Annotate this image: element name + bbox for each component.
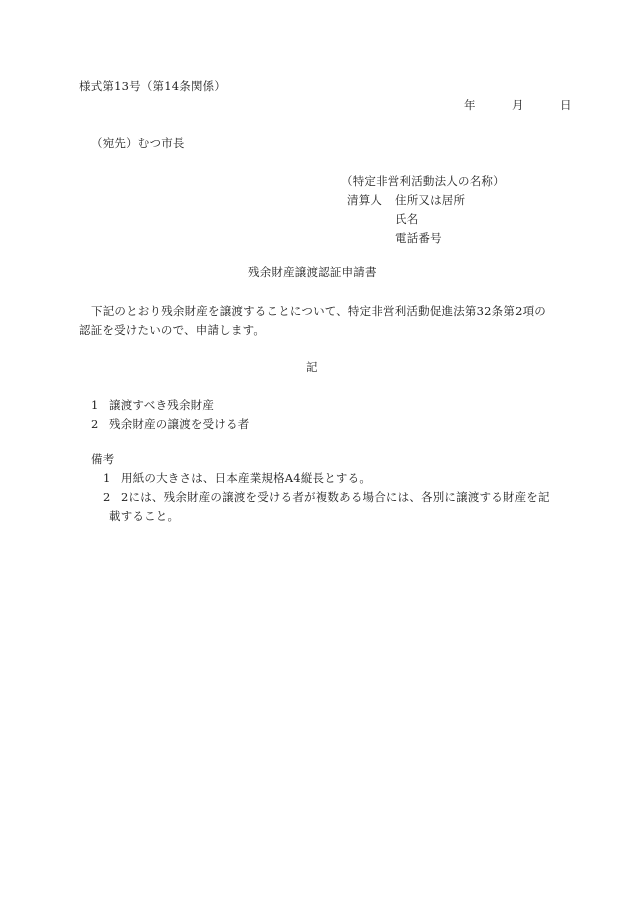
body-text-line-1: 下記のとおり残余財産を譲渡することについて、特定非営利活動促進法第32条第2項の bbox=[91, 306, 546, 318]
org-name-label: （特定非営利活動法人の名称） bbox=[341, 176, 505, 188]
remark-item: 22には、残余財産の譲渡を受ける者が複数ある場合には、各別に譲渡する財産を記 bbox=[103, 492, 550, 504]
address-label: 住所又は居所 bbox=[395, 195, 465, 207]
addressee: （宛先）むつ市長 bbox=[91, 138, 185, 150]
form-number: 様式第13号（第14条関係） bbox=[79, 81, 226, 93]
item-number: 2 bbox=[91, 419, 109, 431]
remark-number: 2 bbox=[103, 492, 121, 504]
remark-item: 1用紙の大きさは、日本産業規格A4縦長とする。 bbox=[103, 473, 371, 485]
date-row: 年月日 bbox=[464, 100, 572, 112]
item-text: 残余財産の譲渡を受ける者 bbox=[109, 417, 249, 431]
list-item: 2残余財産の譲渡を受ける者 bbox=[91, 419, 249, 431]
remark-number: 1 bbox=[103, 473, 121, 485]
document-title: 残余財産譲渡認証申請書 bbox=[248, 267, 377, 279]
ki-heading: 記 bbox=[306, 362, 318, 374]
name-label: 氏名 bbox=[395, 214, 418, 226]
item-text: 譲渡すべき残余財産 bbox=[109, 398, 214, 412]
remark-continuation: 載すること。 bbox=[109, 511, 179, 523]
date-day-label: 日 bbox=[560, 100, 572, 112]
phone-label: 電話番号 bbox=[395, 233, 442, 245]
remark-text: 用紙の大きさは、日本産業規格A4縦長とする。 bbox=[121, 471, 371, 485]
remark-text: 2には、残余財産の譲渡を受ける者が複数ある場合には、各別に譲渡する財産を記 bbox=[121, 490, 550, 504]
body-text-line-2: 認証を受けたいので、申請します。 bbox=[79, 325, 265, 337]
item-number: 1 bbox=[91, 400, 109, 412]
liquidator-label: 清算人 bbox=[347, 195, 382, 207]
date-year-label: 年 bbox=[464, 100, 512, 112]
date-month-label: 月 bbox=[512, 100, 537, 112]
remarks-heading: 備考 bbox=[91, 454, 114, 466]
list-item: 1譲渡すべき残余財産 bbox=[91, 400, 214, 412]
